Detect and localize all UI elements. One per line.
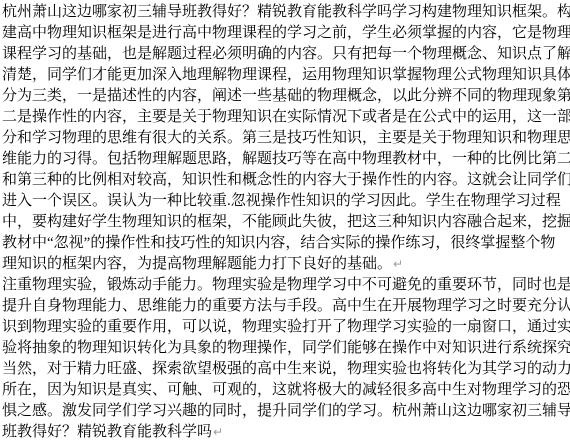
text-line: 理知识的框架内容，为提高物理解题能力打下良好的基础。↵ [2,254,570,275]
text-line: 建高中物理知识框架是进行高中物理课程的学习之前，学生必须掌握的内容，它是物理 [2,23,570,44]
text-line: 所在，因为知识是真实、可触、可观的，这就将极大的减轻很多高中生对物理学习的恐 [2,380,570,401]
text-line: 当然，对于精力旺盛、探索欲望极强的高中生来说，物理实验也将转化为其学习的动力 [2,359,570,380]
paragraph-return-mark-icon: ↵ [392,257,403,271]
text-line: 维能力的习得。包括物理解题思路，解题技巧等在高中物理教材中，一种的比例比第二 [2,149,570,170]
text-line: 进入一个误区。误认为一种比较重.忽视操作性知识的学习因此。学生在物理学习过程 [2,191,570,212]
text-line: 注重物理实验，锻炼动手能力。物理实验是物理学习中不可避免的重要环节，同时也是 [2,275,570,296]
text-line: 教材中“忽视”的操作性和技巧性的知识内容，结合实际的操作练习，很终掌握整个物 [2,233,570,254]
text-line: 二是操作性的内容，主要是关于物理知识在实际情况下或者是在公式中的运用，这一部 [2,107,570,128]
text-line: 课程学习的基础，也是解题过程必须明确的内容。只有把每一个物理概念、知识点了解 [2,44,570,65]
text-line: 提升自身物理能力、思维能力的重要方法与手段。高中生在开展物理学习之时要充分认 [2,296,570,317]
text-line: 杭州萧山这边哪家初三辅导班教得好？精锐教育能教科学吗学习构建物理知识框架。构 [2,2,570,23]
text-line: 惧之感。激发同学们学习兴趣的同时，提升同学们的学习。杭州萧山这边哪家初三辅导 [2,401,570,422]
paragraph: 注重物理实验，锻炼动手能力。物理实验是物理学习中不可避免的重要环节，同时也是提升… [2,275,570,442]
text-line: 清楚，同学们才能更加深入地理解物理课程，运用物理知识掌握物理公式物理知识具体 [2,65,570,86]
paragraph: 杭州萧山这边哪家初三辅导班教得好？精锐教育能教科学吗学习构建物理知识框架。构建高… [2,2,570,275]
text-line: 分和学习物理的思维有很大的关系。第三是技巧性知识，主要是关于物理知识和物理思 [2,128,570,149]
text-line: 分为三类，一是描述性的内容，阐述一些基础的物理概念，以此分辨不同的物理现象第 [2,86,570,107]
document-page: 杭州萧山这边哪家初三辅导班教得好？精锐教育能教科学吗学习构建物理知识框架。构建高… [0,0,570,442]
text-line: 验将抽象的物理知识转化为具象的物理操作，同学们能够在操作中对知识进行系统探究。 [2,338,570,359]
paragraph-return-mark-icon: ↵ [212,425,223,439]
document-text: 杭州萧山这边哪家初三辅导班教得好？精锐教育能教科学吗学习构建物理知识框架。构建高… [2,2,570,442]
text-line: 识到物理实验的重要作用，可以说，物理实验打开了物理学习实验的一扇窗口，通过实 [2,317,570,338]
text-line: 中，要构建好学生物理知识的框架，不能顾此失彼，把这三种知识内容融合起来，挖掘 [2,212,570,233]
text-line: 和第三种的比例相对较高，知识性和概念性的内容大于操作性的内容。这就会让同学们 [2,170,570,191]
text-line: 班教得好？精锐教育能教科学吗↵ [2,422,570,442]
